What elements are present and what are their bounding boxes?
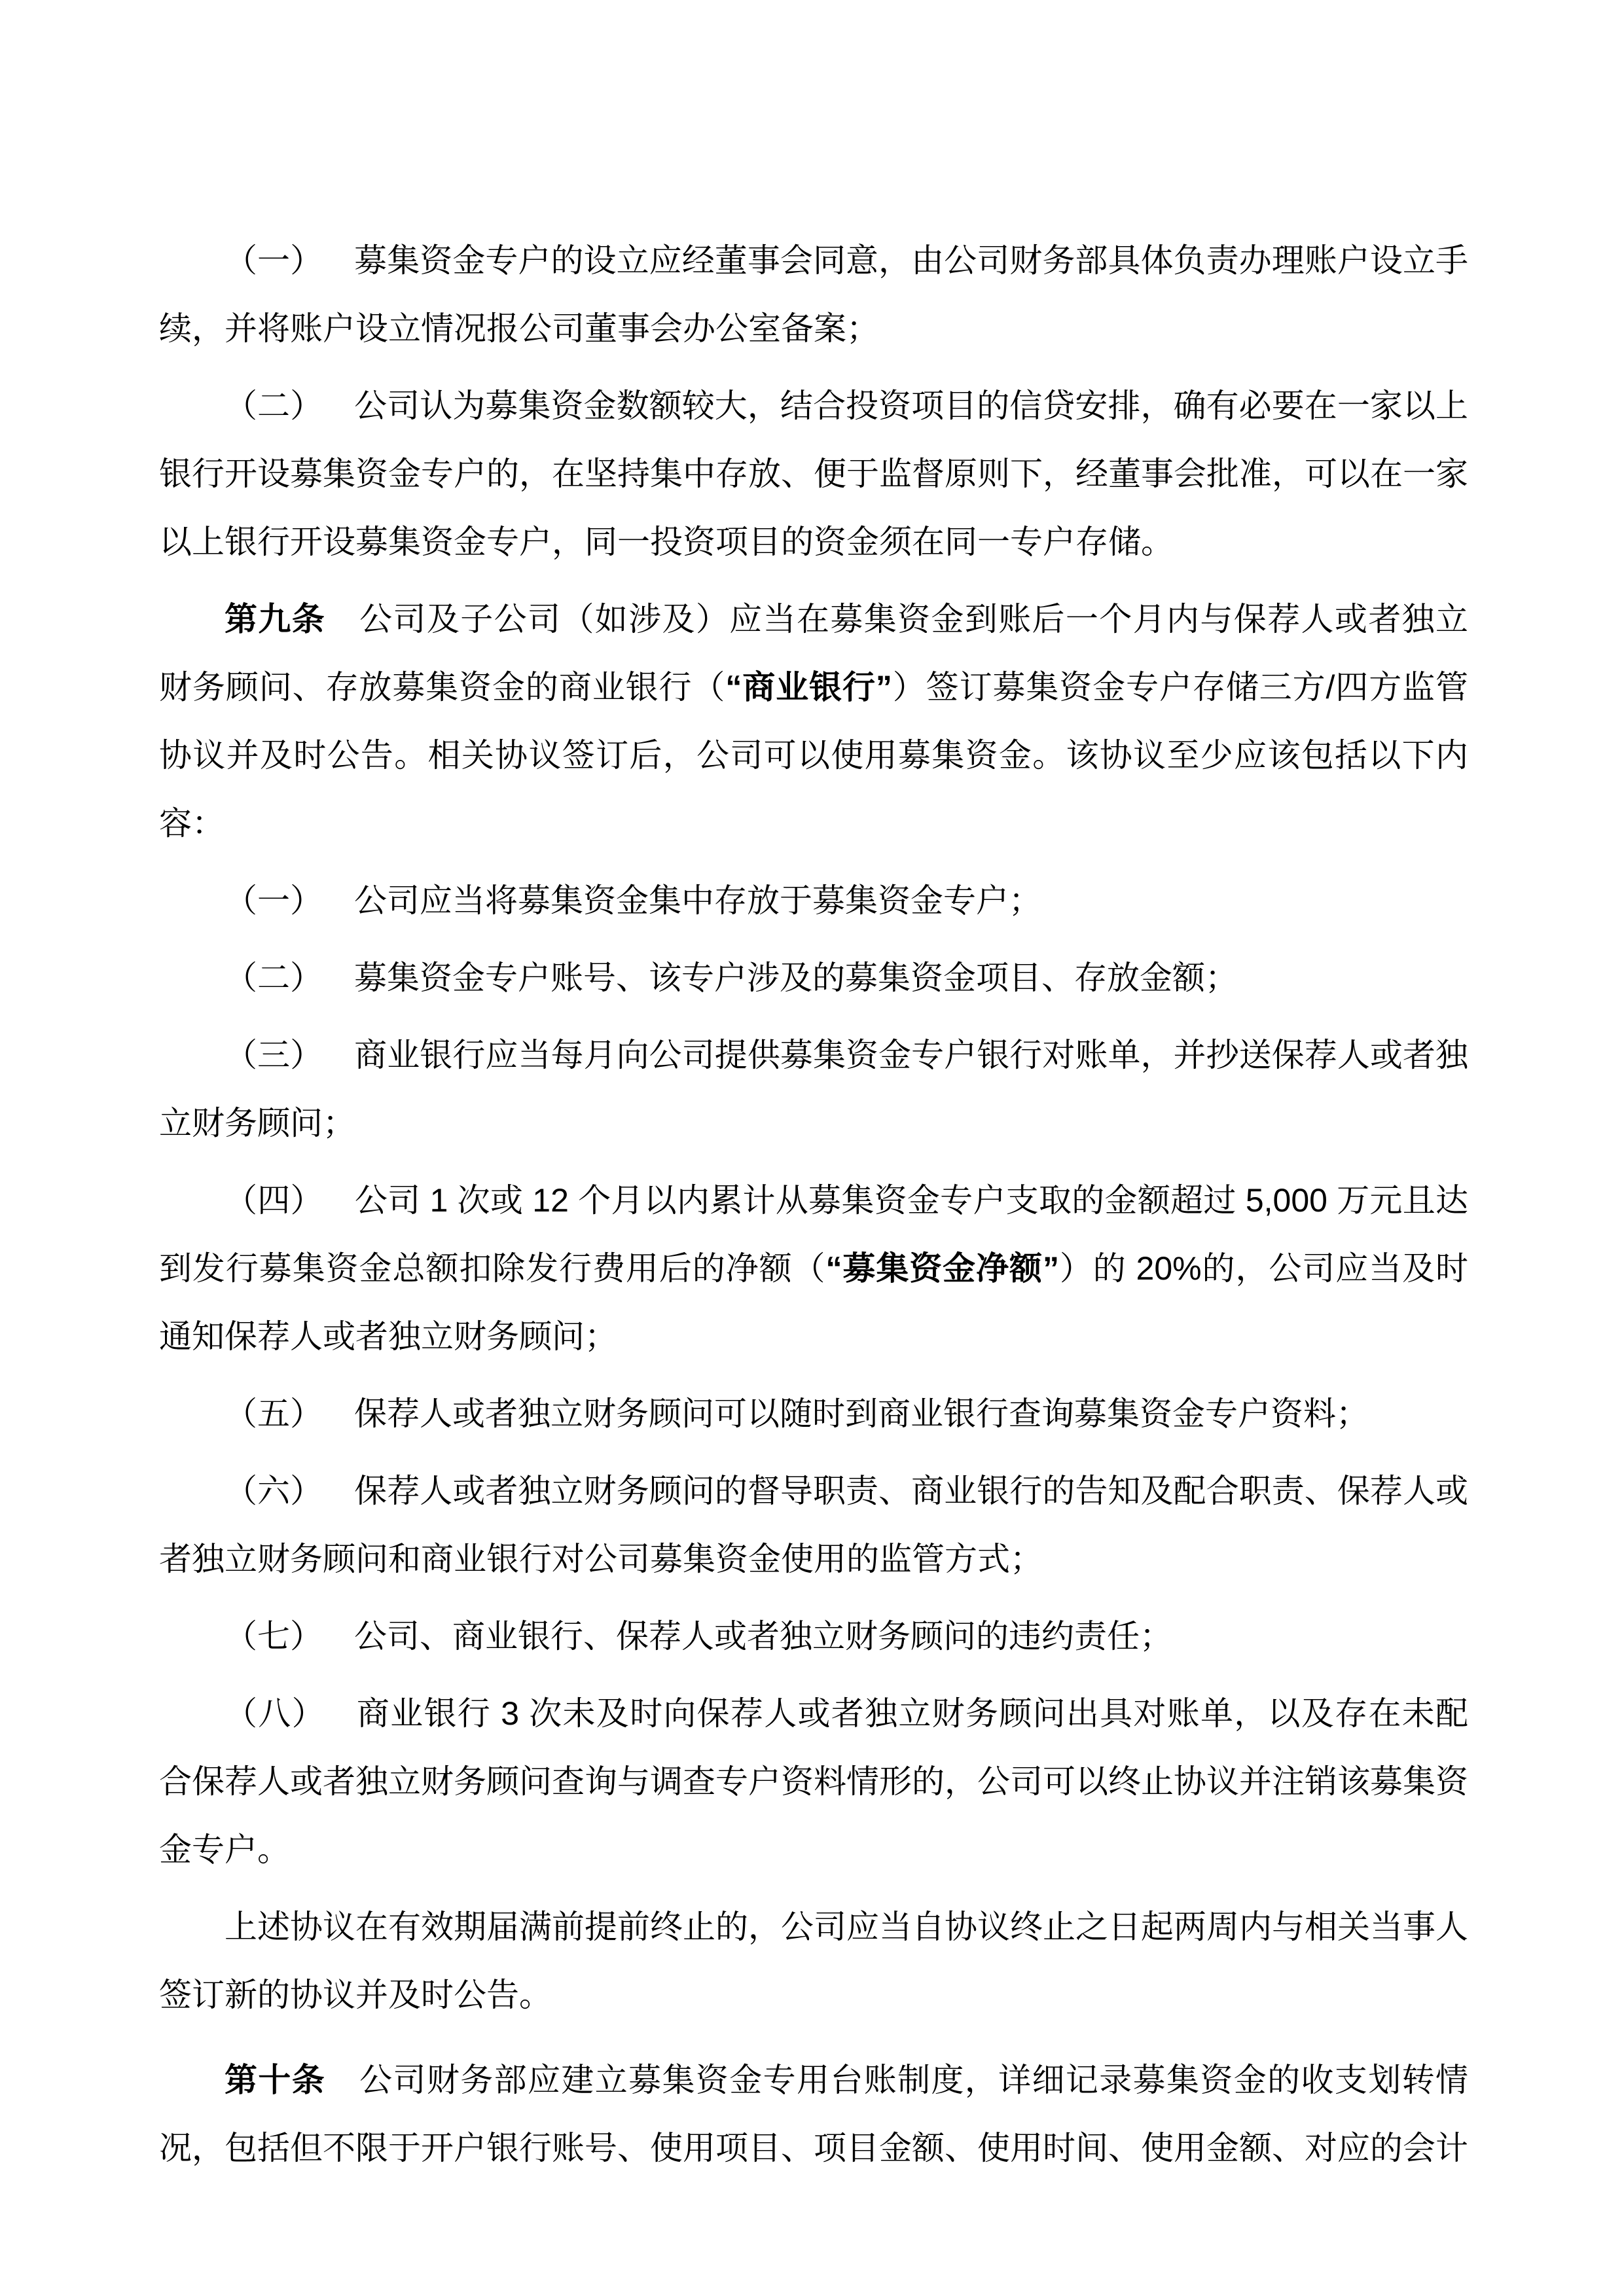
emphasized-text: “商业银行” xyxy=(725,669,892,706)
list-marker: （五） xyxy=(225,1395,354,1432)
paragraph-text: 公司应当将募集资金集中存放于募集资金专户； xyxy=(354,882,1041,919)
paragraph-text: 募集资金专户的设立应经董事会同意，由公司财务部具体负责办理账户设立手续，并将账户… xyxy=(159,242,1468,347)
paragraph-text: 商业银行应当每月向公司提供募集资金专户银行对账单，并抄送保荐人或者独立财务顾问； xyxy=(159,1037,1468,1141)
list-marker: （六） xyxy=(225,1473,354,1509)
list-item-paragraph: （八）商业银行 3 次未及时向保荐人或者独立财务顾问出具对账单，以及存在未配合保… xyxy=(159,1679,1468,1884)
list-item-paragraph: （五）保荐人或者独立财务顾问可以随时到商业银行查询募集资金专户资料； xyxy=(159,1380,1468,1448)
list-item-paragraph: （一）公司应当将募集资金集中存放于募集资金专户； xyxy=(159,867,1468,935)
document-body: （一）募集资金专户的设立应经董事会同意，由公司财务部具体负责办理账户设立手续，并… xyxy=(159,226,1468,2191)
paragraph-text: 保荐人或者独立财务顾问的督导职责、商业银行的告知及配合职责、保荐人或者独立财务顾… xyxy=(159,1473,1468,1577)
list-item-paragraph: （七）公司、商业银行、保荐人或者独立财务顾问的违约责任； xyxy=(159,1602,1468,1670)
list-marker: （一） xyxy=(225,242,354,279)
list-item-paragraph: （六）保荐人或者独立财务顾问的督导职责、商业银行的告知及配合职责、保荐人或者独立… xyxy=(159,1457,1468,1593)
list-marker: （七） xyxy=(225,1618,354,1655)
paragraph-text: 上述协议在有效期届满前提前终止的，公司应当自协议终止之日起两周内与相关当事人签订… xyxy=(159,1909,1468,2013)
paragraph-text: 募集资金专户账号、该专户涉及的募集资金项目、存放金额； xyxy=(354,960,1238,996)
list-item-paragraph: （二）募集资金专户账号、该专户涉及的募集资金项目、存放金额； xyxy=(159,944,1468,1012)
article-number: 第十条 xyxy=(225,2062,359,2098)
list-marker: （一） xyxy=(225,882,354,919)
article-number: 第九条 xyxy=(225,601,359,637)
emphasized-text: “募集资金净额” xyxy=(825,1250,1058,1287)
body-paragraph: 上述协议在有效期届满前提前终止的，公司应当自协议终止之日起两周内与相关当事人签订… xyxy=(159,1893,1468,2029)
list-marker: （二） xyxy=(225,960,354,996)
list-item-paragraph: （四）公司 1 次或 12 个月以内累计从募集资金专户支取的金额超过 5,000… xyxy=(159,1166,1468,1371)
list-marker: （二） xyxy=(225,387,354,424)
list-item-paragraph: （三）商业银行应当每月向公司提供募集资金专户银行对账单，并抄送保荐人或者独立财务… xyxy=(159,1021,1468,1157)
list-item-paragraph: （一）募集资金专户的设立应经董事会同意，由公司财务部具体负责办理账户设立手续，并… xyxy=(159,226,1468,363)
paragraph-text: 公司认为募集资金数额较大，结合投资项目的信贷安排，确有必要在一家以上银行开设募集… xyxy=(159,387,1468,560)
list-item-paragraph: （二）公司认为募集资金数额较大，结合投资项目的信贷安排，确有必要在一家以上银行开… xyxy=(159,372,1468,576)
list-marker: （四） xyxy=(225,1182,355,1219)
paragraph-text: 保荐人或者独立财务顾问可以随时到商业银行查询募集资金专户资料； xyxy=(354,1395,1369,1432)
list-marker: （八） xyxy=(225,1695,357,1732)
paragraph-text: 公司、商业银行、保荐人或者独立财务顾问的违约责任； xyxy=(354,1618,1172,1655)
list-marker: （三） xyxy=(225,1037,354,1073)
article-paragraph: 第十条公司财务部应建立募集资金专用台账制度，详细记录募集资金的收支划转情况，包括… xyxy=(159,2046,1468,2182)
article-paragraph: 第九条公司及子公司（如涉及）应当在募集资金到账后一个月内与保荐人或者独立财务顾问… xyxy=(159,585,1468,857)
document-page: （一）募集资金专户的设立应经董事会同意，由公司财务部具体负责办理账户设立手续，并… xyxy=(0,0,1624,2296)
